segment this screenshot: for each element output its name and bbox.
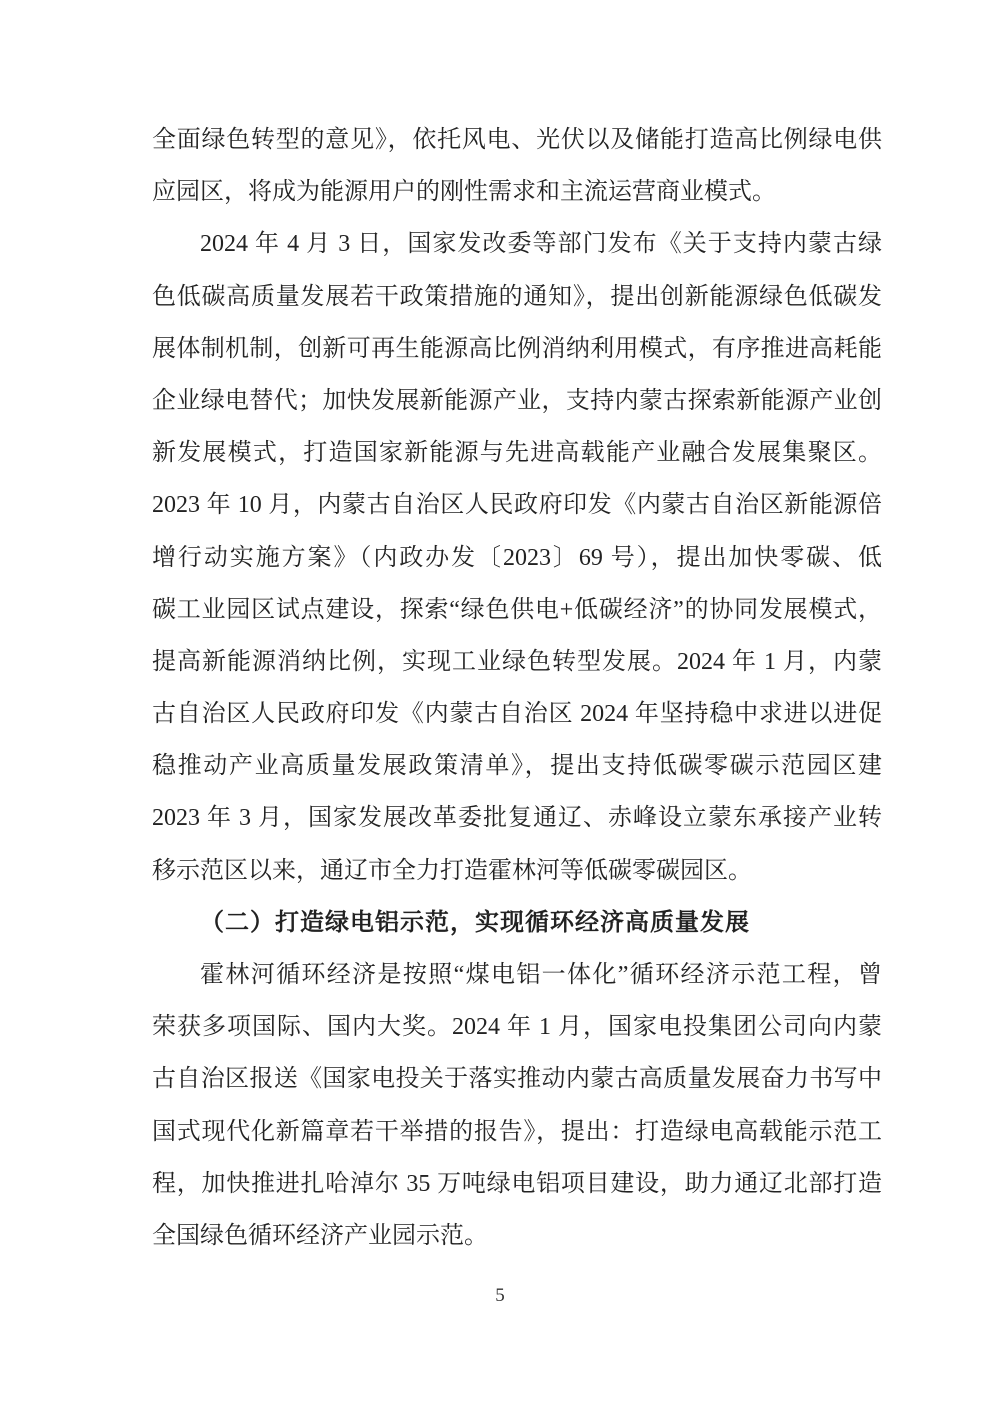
- text-line: 古自治区报送《国家电投关于落实推动内蒙古高质量发展奋力书写中: [152, 1053, 882, 1105]
- text-line: 色低碳高质量发展若干政策措施的通知》，提出创新能源绿色低碳发: [152, 271, 882, 323]
- text-line: 荣获多项国际、国内大奖。2024 年 1 月，国家电投集团公司向内蒙: [152, 1001, 882, 1053]
- text-line: 2024 年 4 月 3 日，国家发改委等部门发布《关于支持内蒙古绿: [152, 218, 882, 270]
- text-line: 2023 年 3 月，国家发展改革委批复通辽、赤峰设立蒙东承接产业转: [152, 792, 882, 844]
- section-heading: （二）打造绿电铝示范，实现循环经济高质量发展: [152, 897, 882, 949]
- text-line: 全国绿色循环经济产业园示范。: [152, 1210, 882, 1262]
- text-line: 程，加快推进扎哈淖尔 35 万吨绿电铝项目建设，助力通辽北部打造: [152, 1158, 882, 1210]
- text-line: 新发展模式，打造国家新能源与先进高载能产业融合发展集聚区。: [152, 427, 882, 479]
- text-line: 2023 年 10 月，内蒙古自治区人民政府印发《内蒙古自治区新能源倍: [152, 479, 882, 531]
- text-line: 企业绿电替代；加快发展新能源产业，支持内蒙古探索新能源产业创: [152, 375, 882, 427]
- text-line: 霍林河循环经济是按照“煤电铝一体化”循环经济示范工程，曾: [152, 949, 882, 1001]
- text-line: 增行动实施方案》（内政办发〔2023〕69 号），提出加快零碳、低: [152, 532, 882, 584]
- document-page: 全面绿色转型的意见》，依托风电、光伏以及储能打造高比例绿电供应园区，将成为能源用…: [0, 0, 1000, 1414]
- text-line: 全面绿色转型的意见》，依托风电、光伏以及储能打造高比例绿电供: [152, 114, 882, 166]
- document-body: 全面绿色转型的意见》，依托风电、光伏以及储能打造高比例绿电供应园区，将成为能源用…: [152, 114, 882, 1262]
- page-footer: 5: [0, 1283, 1000, 1309]
- text-line: 应园区，将成为能源用户的刚性需求和主流运营商业模式。: [152, 166, 882, 218]
- text-line: 稳推动产业高质量发展政策清单》，提出支持低碳零碳示范园区建设。: [152, 740, 882, 792]
- text-line: 提高新能源消纳比例，实现工业绿色转型发展。2024 年 1 月，内蒙: [152, 636, 882, 688]
- page-number: 5: [495, 1285, 505, 1306]
- text-line: 国式现代化新篇章若干举措的报告》，提出：打造绿电高载能示范工: [152, 1106, 882, 1158]
- text-line: 展体制机制，创新可再生能源高比例消纳利用模式，有序推进高耗能: [152, 323, 882, 375]
- text-line: 移示范区以来，通辽市全力打造霍林河等低碳零碳园区。: [152, 845, 882, 897]
- text-line: 碳工业园区试点建设，探索“绿色供电+低碳经济”的协同发展模式，: [152, 584, 882, 636]
- text-line: 古自治区人民政府印发《内蒙古自治区 2024 年坚持稳中求进以进促: [152, 688, 882, 740]
